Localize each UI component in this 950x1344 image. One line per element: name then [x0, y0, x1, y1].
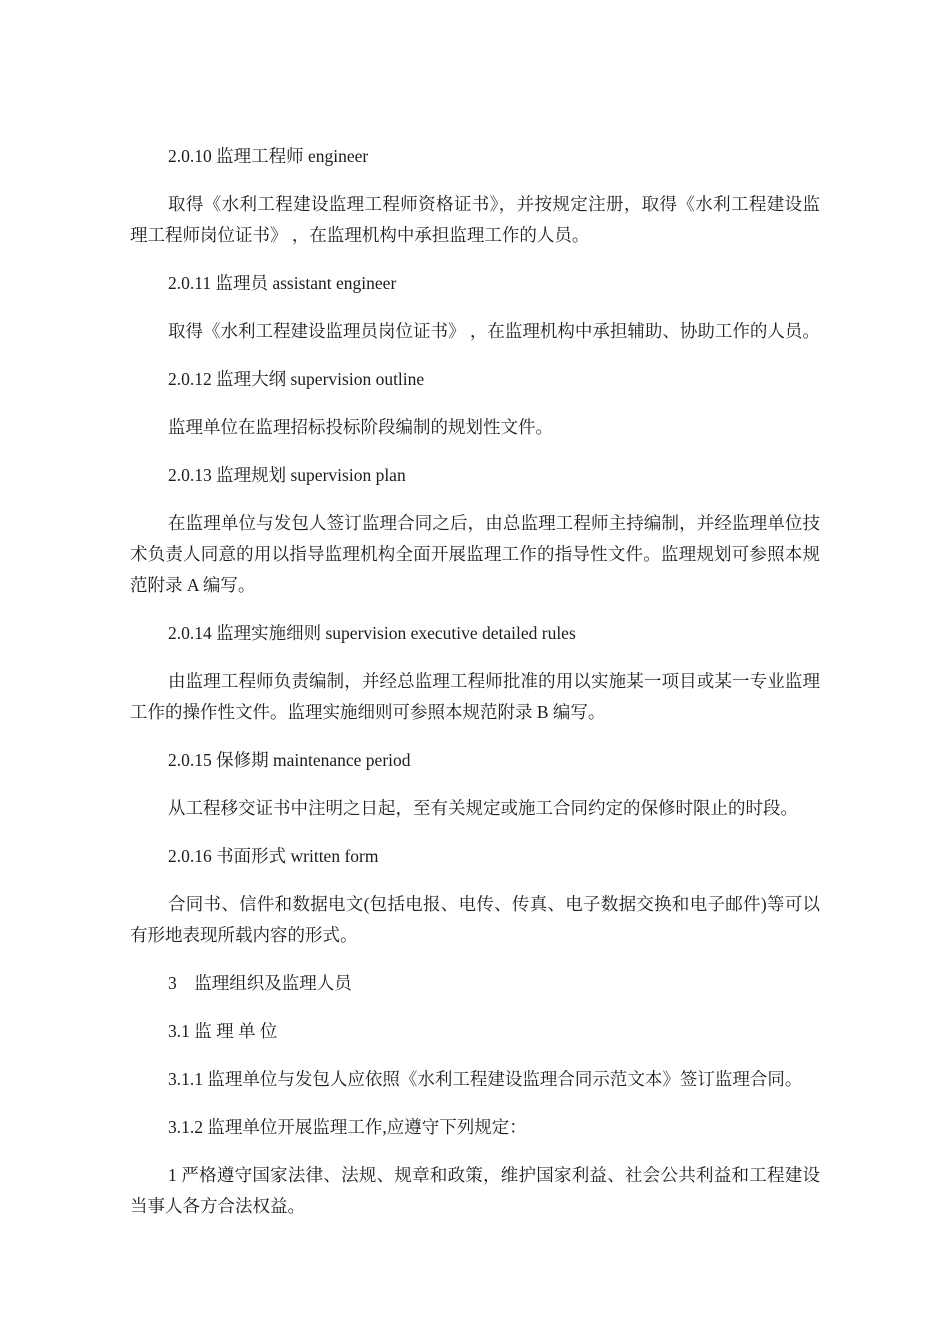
list-item-1: 1 严格遵守国家法律、法规、规章和政策，维护国家利益、社会公共利益和工程建设当事…: [130, 1160, 820, 1222]
term-heading-2-0-10: 2.0.10 监理工程师 engineer: [130, 141, 820, 172]
clause-3-1-2: 3.1.2 监理单位开展监理工作,应遵守下列规定：: [130, 1112, 820, 1143]
chapter-heading-3: 3 监理组织及监理人员: [130, 968, 820, 999]
definition-2-0-14: 由监理工程师负责编制，并经总监理工程师批准的用以实施某一项目或某一专业监理工作的…: [130, 666, 820, 728]
document-content: 2.0.10 监理工程师 engineer 取得《水利工程建设监理工程师资格证书…: [130, 141, 820, 1222]
clause-3-1-1: 3.1.1 监理单位与发包人应依照《水利工程建设监理合同示范文本》签订监理合同。: [130, 1064, 820, 1095]
definition-2-0-11: 取得《水利工程建设监理员岗位证书》 ，在监理机构中承担辅助、协助工作的人员。: [130, 316, 820, 347]
term-heading-2-0-13: 2.0.13 监理规划 supervision plan: [130, 460, 820, 491]
definition-2-0-16: 合同书、信件和数据电文(包括电报、电传、传真、电子数据交换和电子邮件)等可以有形…: [130, 889, 820, 951]
term-heading-2-0-15: 2.0.15 保修期 maintenance period: [130, 745, 820, 776]
definition-2-0-15: 从工程移交证书中注明之日起，至有关规定或施工合同约定的保修时限止的时段。: [130, 793, 820, 824]
definition-2-0-10: 取得《水利工程建设监理工程师资格证书》，并按规定注册，取得《水利工程建设监理工程…: [130, 189, 820, 251]
definition-2-0-13: 在监理单位与发包人签订监理合同之后，由总监理工程师主持编制，并经监理单位技术负责…: [130, 508, 820, 601]
term-heading-2-0-14: 2.0.14 监理实施细则 supervision executive deta…: [130, 618, 820, 649]
term-heading-2-0-12: 2.0.12 监理大纲 supervision outline: [130, 364, 820, 395]
term-heading-2-0-11: 2.0.11 监理员 assistant engineer: [130, 268, 820, 299]
definition-2-0-12: 监理单位在监理招标投标阶段编制的规划性文件。: [130, 412, 820, 443]
document-page: 2.0.10 监理工程师 engineer 取得《水利工程建设监理工程师资格证书…: [0, 0, 950, 1344]
term-heading-2-0-16: 2.0.16 书面形式 written form: [130, 841, 820, 872]
section-heading-3-1: 3.1 监 理 单 位: [130, 1016, 820, 1047]
